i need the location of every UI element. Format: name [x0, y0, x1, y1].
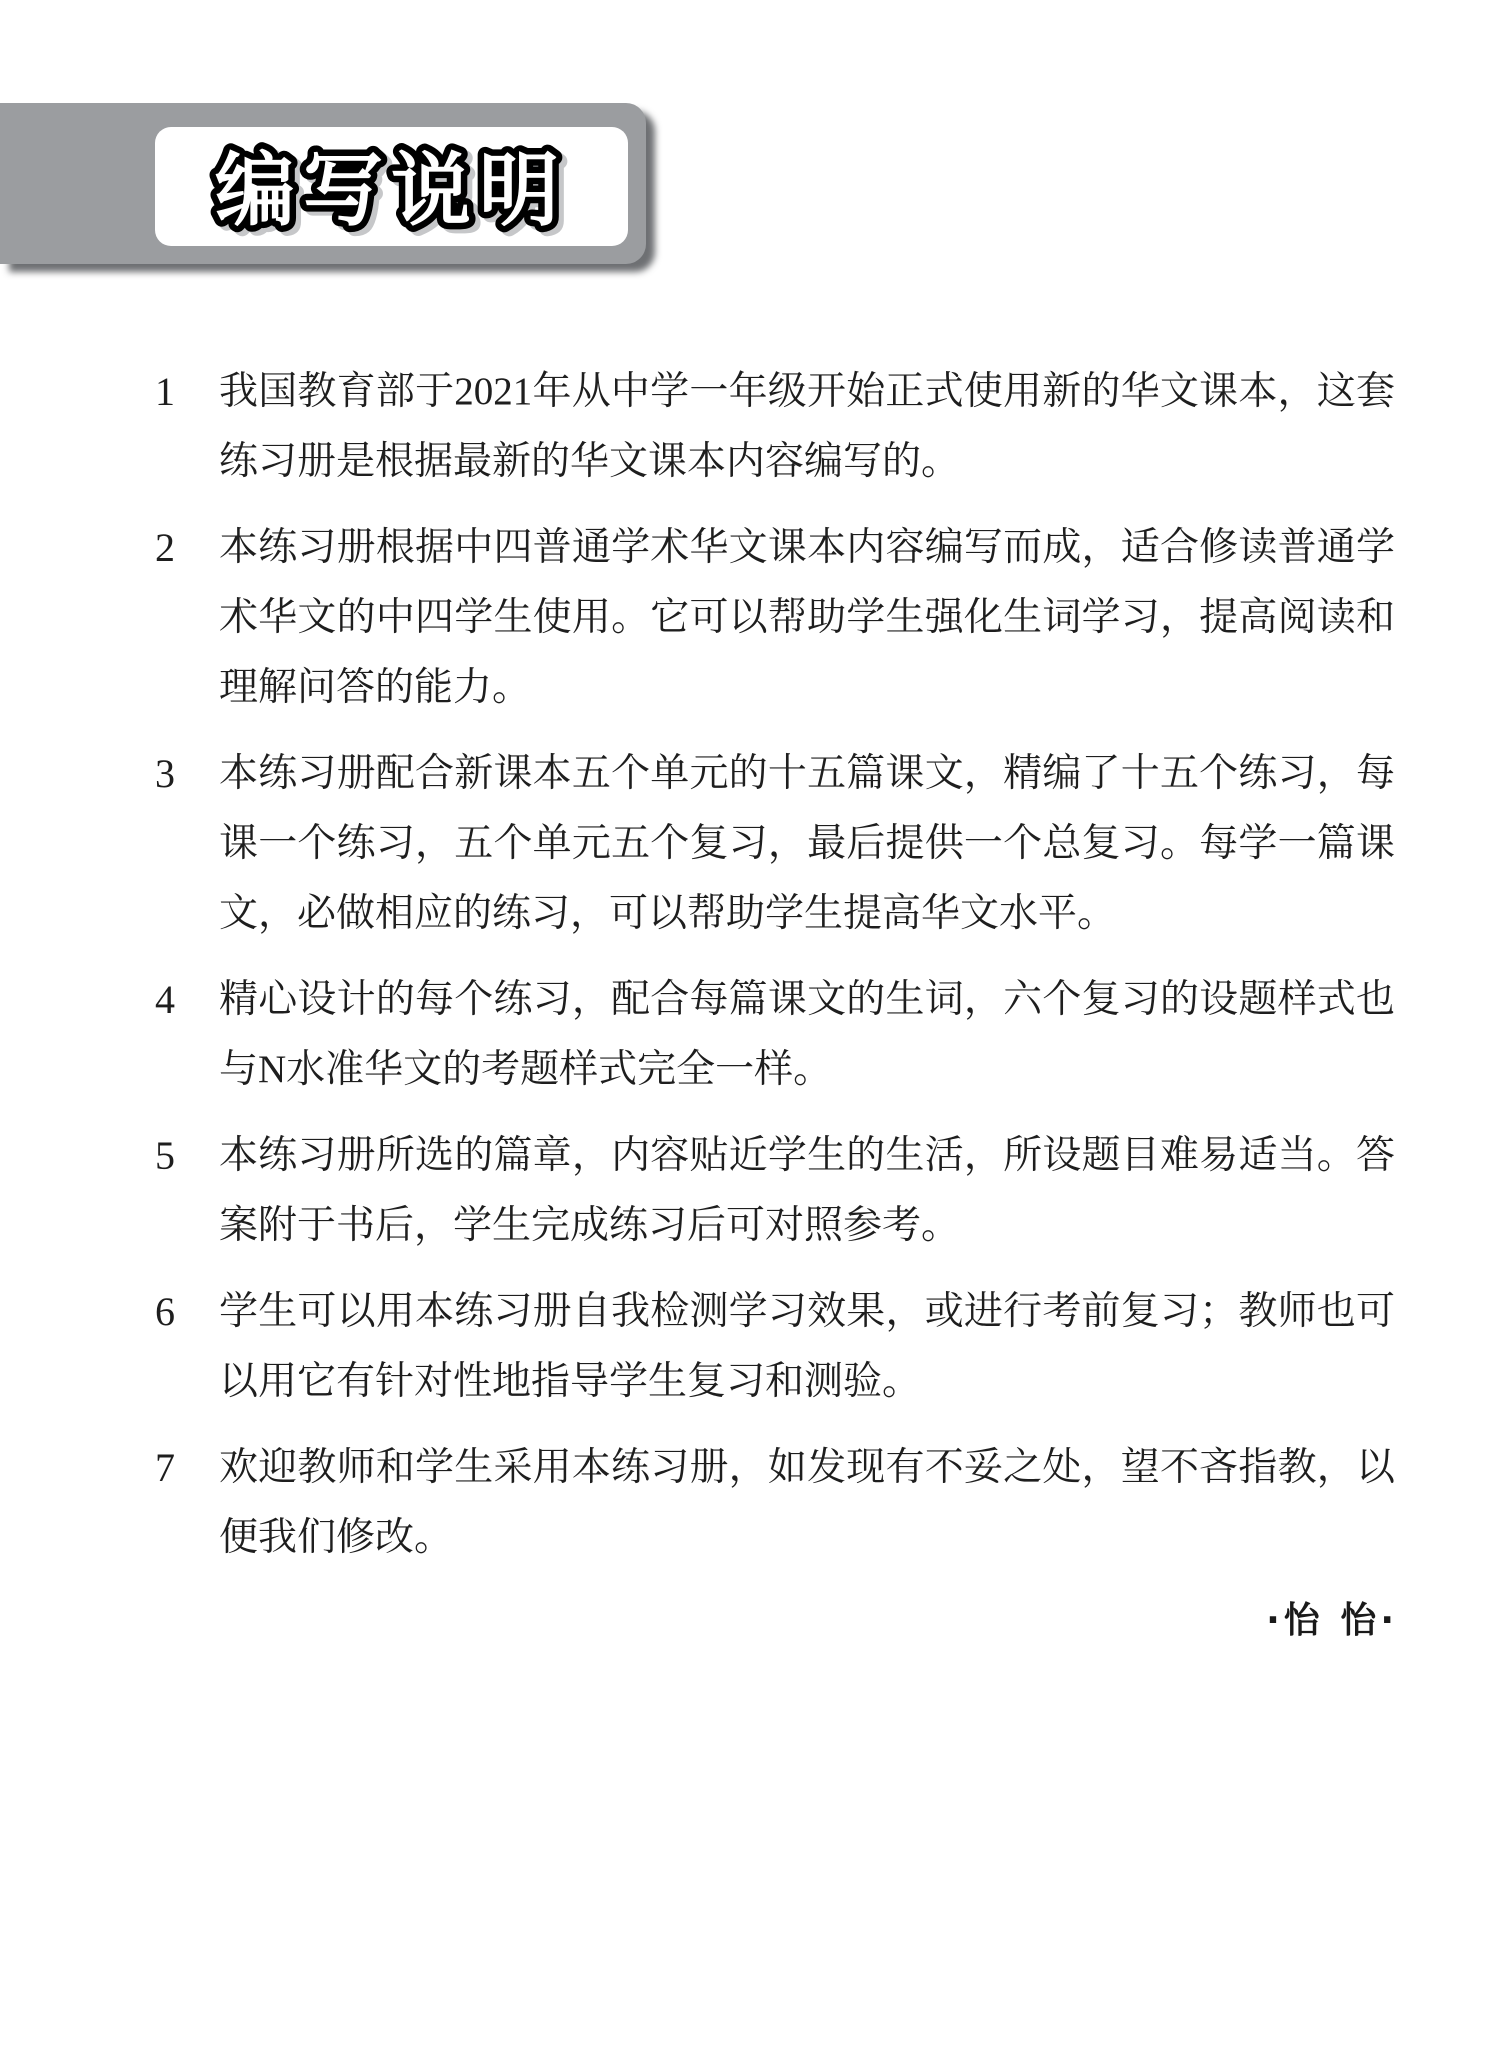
note-text: 精心设计的每个练习，配合每篇课文的生词，六个复习的设题样式也与N水准华文的考题样…	[219, 965, 1395, 1105]
note-item: 5 本练习册所选的篇章，内容贴近学生的生活，所设题目难易适当。答案附于书后，学生…	[155, 1121, 1395, 1261]
note-text: 我国教育部于2021年从中学一年级开始正式使用新的华文课本，这套练习册是根据最新…	[219, 357, 1395, 497]
note-item: 7 欢迎教师和学生采用本练习册，如发现有不妥之处，望不吝指教，以便我们修改。	[155, 1433, 1395, 1573]
note-number: 2	[155, 513, 219, 723]
chapter-header-band: 编写说明 编写说明	[0, 103, 646, 264]
note-number: 5	[155, 1121, 219, 1261]
note-text: 学生可以用本练习册自我检测学习效果，或进行考前复习；教师也可以用它有针对性地指导…	[219, 1277, 1395, 1417]
note-number: 3	[155, 739, 219, 949]
chapter-title: 编写说明 编写说明	[155, 127, 628, 246]
chapter-title-text: 编写说明	[215, 144, 567, 237]
note-item: 6 学生可以用本练习册自我检测学习效果，或进行考前复习；教师也可以用它有针对性地…	[155, 1277, 1395, 1417]
preface-notes-list: 1 我国教育部于2021年从中学一年级开始正式使用新的华文课本，这套练习册是根据…	[155, 357, 1395, 1589]
author-signature: ·怡 怡·	[1266, 1592, 1398, 1643]
note-number: 7	[155, 1433, 219, 1573]
note-number: 1	[155, 357, 219, 497]
note-item: 2 本练习册根据中四普通学术华文课本内容编写而成，适合修读普通学术华文的中四学生…	[155, 513, 1395, 723]
note-text: 本练习册根据中四普通学术华文课本内容编写而成，适合修读普通学术华文的中四学生使用…	[219, 513, 1395, 723]
note-text: 本练习册配合新课本五个单元的十五篇课文，精编了十五个练习，每课一个练习，五个单元…	[219, 739, 1395, 949]
note-number: 6	[155, 1277, 219, 1417]
chapter-title-box: 编写说明 编写说明	[155, 127, 628, 246]
note-item: 1 我国教育部于2021年从中学一年级开始正式使用新的华文课本，这套练习册是根据…	[155, 357, 1395, 497]
note-item: 3 本练习册配合新课本五个单元的十五篇课文，精编了十五个练习，每课一个练习，五个…	[155, 739, 1395, 949]
note-item: 4 精心设计的每个练习，配合每篇课文的生词，六个复习的设题样式也与N水准华文的考…	[155, 965, 1395, 1105]
note-text: 本练习册所选的篇章，内容贴近学生的生活，所设题目难易适当。答案附于书后，学生完成…	[219, 1121, 1395, 1261]
note-text: 欢迎教师和学生采用本练习册，如发现有不妥之处，望不吝指教，以便我们修改。	[219, 1433, 1395, 1573]
note-number: 4	[155, 965, 219, 1105]
